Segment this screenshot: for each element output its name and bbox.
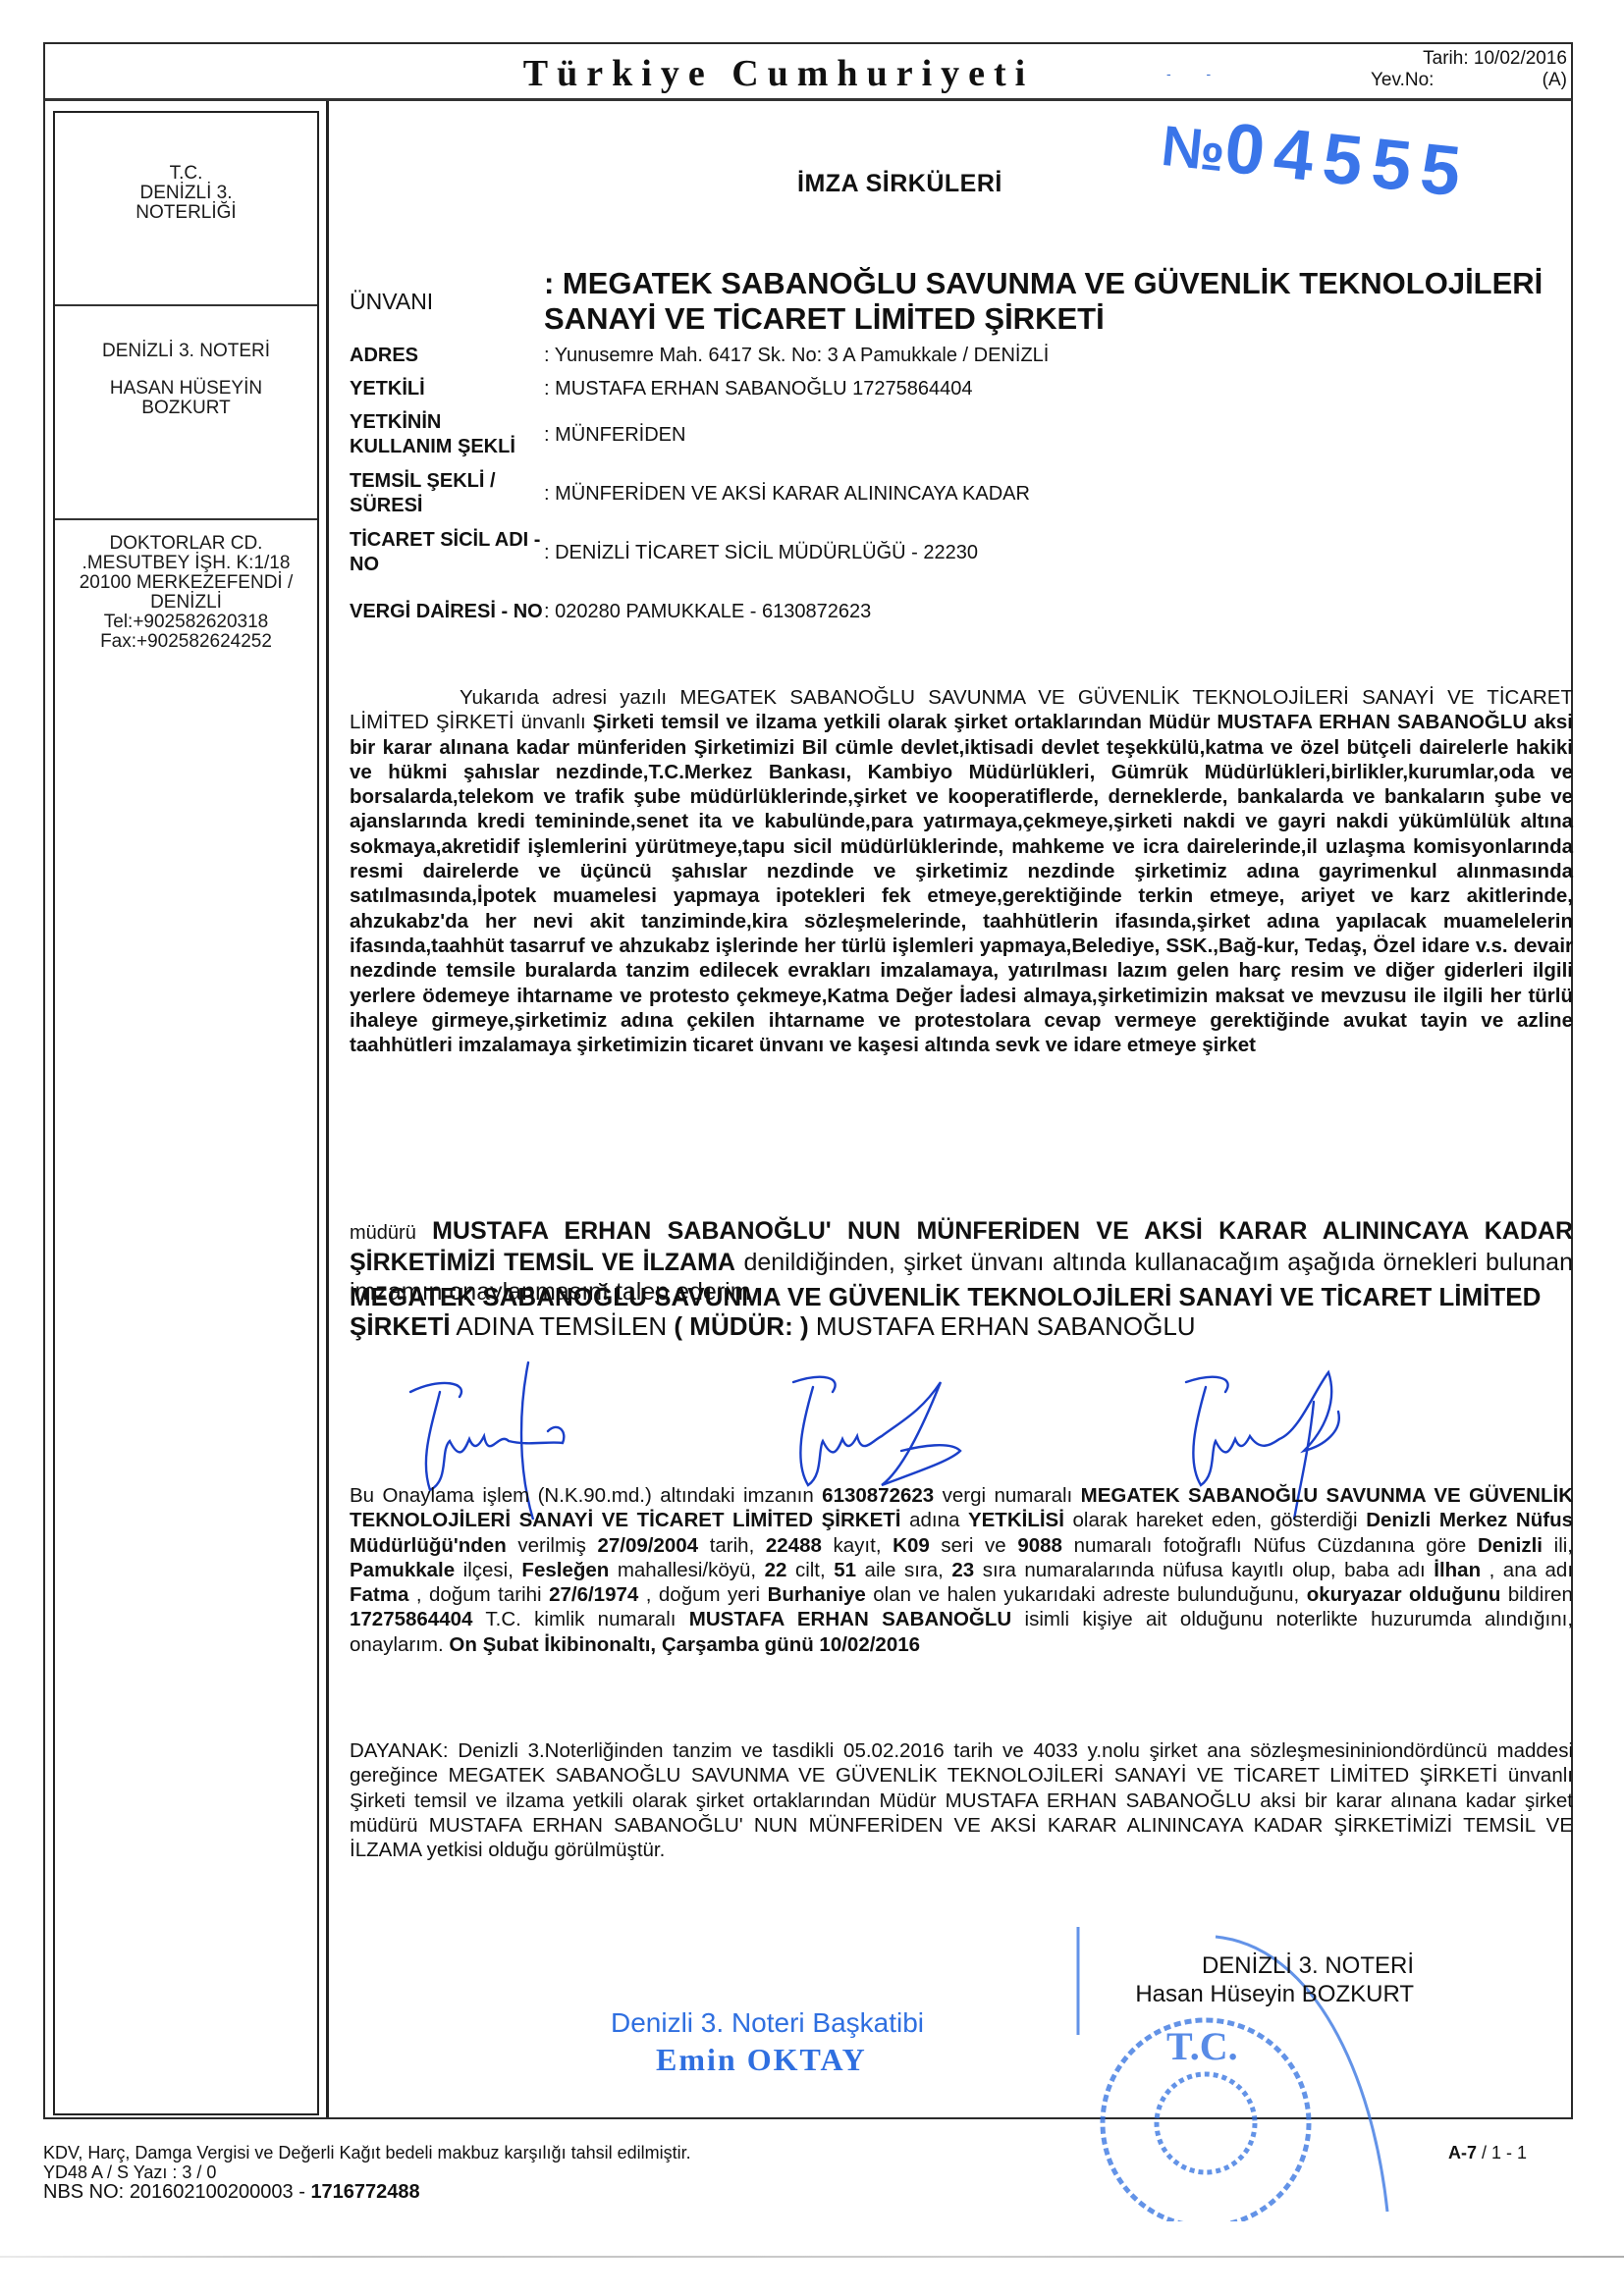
info-label: TİCARET SİCİL ADI - NO (350, 528, 544, 577)
bottom-rule (0, 2256, 1624, 2258)
page-index: / 1 - 1 (1482, 2143, 1527, 2163)
date-label: Tarih: (1423, 48, 1468, 70)
tax-number: 6130872623 (822, 1484, 934, 1507)
seal-text-title: Denizli 3. Noteri Başkatibi (611, 2007, 924, 2039)
notary-person: DENİZLİ 3. NOTERİ HASAN HÜSEYİN BOZKURT (55, 306, 317, 520)
info-row-tax: VERGİ DAİRESİ - NO : 020280 PAMUKKALE - … (350, 582, 1547, 641)
document-title: İMZA SİRKÜLERİ (797, 170, 1002, 198)
text: sıra numaralarında nüfusa kayıtlı olup, … (983, 1559, 1426, 1581)
issue-date: 27/09/2004 (597, 1534, 698, 1557)
page-number: A-7 / 1 - 1 (1448, 2143, 1527, 2163)
tc-number: 17275864404 (350, 1608, 472, 1630)
notary-title: DENİZLİ 3. NOTERİ (55, 342, 317, 361)
notary-office: T.C. DENİZLİ 3. NOTERLİĞİ (55, 113, 317, 306)
role: YETKİLİSİ (968, 1509, 1064, 1531)
birth-date: 27/6/1974 (549, 1583, 638, 1606)
address-line: DENİZLİ (55, 593, 317, 613)
text: , ana adı (1489, 1559, 1573, 1581)
literacy: okuryazar olduğunu (1307, 1583, 1501, 1606)
company-signatory: MEGATEK SABANOĞLU SAVUNMA VE GÜVENLİK TE… (350, 1282, 1573, 1341)
text: , doğum tarihi (416, 1583, 542, 1606)
office-line: DENİZLİ 3. (55, 184, 317, 203)
birth-place: Burhaniye (768, 1583, 866, 1606)
approval-paragraph: Bu Onaylama işlem (N.K.90.md.) altındaki… (350, 1483, 1573, 1657)
notary-info-box: T.C. DENİZLİ 3. NOTERLİĞİ DENİZLİ 3. NOT… (53, 111, 319, 2115)
fax-line: Fax:+902582624252 (55, 632, 317, 652)
volume: 22 (765, 1559, 787, 1581)
approval-date: On Şubat İkibinonaltı, Çarşamba günü 10/… (449, 1633, 920, 1656)
text: cilt, (795, 1559, 826, 1581)
neighborhood: Fesleğen (521, 1559, 609, 1581)
left-column: T.C. DENİZLİ 3. NOTERLİĞİ DENİZLİ 3. NOT… (45, 101, 329, 2117)
text: , doğum yeri (646, 1583, 760, 1606)
info-value: : Yunusemre Mah. 6417 Sk. No: 3 A Pamukk… (544, 345, 1547, 367)
text: Bu Onaylama işlem (N.K.90.md.) altındaki… (350, 1484, 814, 1507)
text: olan ve halen yukarıdaki adreste bulundu… (873, 1583, 1299, 1606)
info-row-authorized: YETKİLİ : MUSTAFA ERHAN SABANOĞLU 172758… (350, 372, 1547, 405)
info-label: YETKİNİN KULLANIM ŞEKLİ (350, 410, 544, 459)
info-row-usage: YETKİNİN KULLANIM ŞEKLİ : MÜNFERİDEN (350, 405, 1547, 464)
family-number: 51 (834, 1559, 856, 1581)
info-row-title: ÜNVANI : MEGATEK SABANOĞLU SAVUNMA VE GÜ… (350, 264, 1547, 339)
info-value: : MÜNFERİDEN (544, 424, 1547, 447)
text: bildiren (1508, 1583, 1573, 1606)
district: Pamukkale (350, 1559, 455, 1581)
notary-name-line: BOZKURT (55, 399, 317, 418)
info-label: ADRES (350, 344, 544, 368)
page-code: A-7 (1448, 2143, 1477, 2163)
text: adına (909, 1509, 959, 1531)
yev-label: Yev.No: (1371, 70, 1434, 91)
authorization-text: Şirketi temsil ve ilzama yetkili olarak … (350, 711, 1573, 1056)
text: verilmiş (517, 1534, 585, 1557)
header-meta: Tarih: 10/02/2016 Yev.No: (A) (1371, 48, 1567, 91)
yd-code: YD48 A / S Yazı : 3 / 0 (43, 2163, 691, 2182)
text: tarih, (710, 1534, 755, 1557)
info-row-representation: TEMSİL ŞEKLİ / SÜRESİ : MÜNFERİDEN VE AK… (350, 464, 1547, 523)
header-title: Türkiye Cumhuriyeti (45, 52, 1571, 95)
basis-paragraph: DAYANAK: Denizli 3.Noterliğinden tanzim … (350, 1738, 1573, 1862)
mother-name: Fatma (350, 1583, 408, 1606)
document-body: T.C. DENİZLİ 3. NOTERLİĞİ DENİZLİ 3. NOT… (43, 101, 1573, 2119)
svg-text:T.C.: T.C. (1166, 2024, 1238, 2068)
role-text: ( MÜDÜR: ) (674, 1311, 808, 1341)
authorization-paragraph: Yukarıda adresi yazılı MEGATEK SABANOĞLU… (350, 685, 1573, 1057)
office-line: T.C. (55, 164, 317, 184)
info-row-address: ADRES : Yunusemre Mah. 6417 Sk. No: 3 A … (350, 339, 1547, 372)
yev-value: (A) (1543, 70, 1567, 91)
date-row: Tarih: 10/02/2016 (1371, 48, 1567, 70)
numero-sign-icon: № (1159, 114, 1228, 184)
nbs-label: NBS NO: (43, 2181, 124, 2203)
text: T.C. kimlik numaralı (485, 1608, 676, 1630)
seal-text-name: Emin OKTAY (656, 2042, 867, 2078)
nbs-value: 201602100200003 - (130, 2181, 305, 2203)
info-value: : MEGATEK SABANOĞLU SAVUNMA VE GÜVENLİK … (544, 266, 1547, 337)
info-value: : 020280 PAMUKKALE - 6130872623 (544, 601, 1547, 623)
text: numaralı fotoğraflı Nüfus Cüzdanına göre (1074, 1534, 1467, 1557)
main-content: İMZA SİRKÜLERİ №04555 ÜNVANI : MEGATEK S… (332, 101, 1571, 2117)
address-line: .MESUTBEY İŞH. K:1/18 (55, 554, 317, 573)
info-row-registry: TİCARET SİCİL ADI - NO : DENİZLİ TİCARET… (350, 523, 1547, 582)
date-value: 10/02/2016 (1474, 48, 1567, 70)
serial-stamp: №04555 (1158, 101, 1474, 213)
notary-address: DOKTORLAR CD. .MESUTBEY İŞH. K:1/18 2010… (55, 520, 317, 697)
series: K09 (893, 1534, 930, 1557)
on-behalf-text: ADINA TEMSİLEN (456, 1311, 667, 1341)
nbs-number: NBS NO: 201602100200003 - 1716772488 (43, 2182, 691, 2202)
phone-line: Tel:+902582620318 (55, 613, 317, 632)
serial-number: 04555 (1221, 109, 1474, 213)
info-label: YETKİLİ (350, 377, 544, 401)
info-value: : MUSTAFA ERHAN SABANOĞLU 17275864404 (544, 378, 1547, 400)
nbs-value-bold: 1716772488 (310, 2181, 419, 2203)
notary-signature-block: DENİZLİ 3. NOTERİ Hasan Hüseyin BOZKURT (1080, 1951, 1414, 2008)
text: ili, (1554, 1534, 1573, 1557)
signatory-name: MUSTAFA ERHAN SABANOĞLU (816, 1311, 1196, 1341)
text: vergi numaralı (943, 1484, 1073, 1507)
text: aile sıra, (865, 1559, 944, 1581)
person-name: MUSTAFA ERHAN SABANOĞLU (689, 1608, 1011, 1630)
record-number: 22488 (766, 1534, 822, 1557)
footer: KDV, Harç, Damga Vergisi ve Değerli Kağı… (43, 2143, 691, 2202)
office-line: NOTERLİĞİ (55, 203, 317, 223)
yev-row: Yev.No: (A) (1371, 70, 1567, 91)
province: Denizli (1478, 1534, 1543, 1557)
company-info-table: ÜNVANI : MEGATEK SABANOĞLU SAVUNMA VE GÜ… (350, 264, 1547, 641)
sequence-number: 23 (951, 1559, 974, 1581)
address-line: DOKTORLAR CD. (55, 534, 317, 554)
fee-note: KDV, Harç, Damga Vergisi ve Değerli Kağı… (43, 2143, 691, 2163)
info-label: TEMSİL ŞEKLİ / SÜRESİ (350, 469, 544, 518)
notary-name-line: HASAN HÜSEYİN (55, 379, 317, 399)
father-name: İlhan (1434, 1559, 1481, 1581)
info-label: ÜNVANI (350, 290, 544, 314)
notary-name: Hasan Hüseyin BOZKURT (1080, 1980, 1414, 2008)
mudur-text: müdürü (350, 1222, 416, 1244)
info-value: : DENİZLİ TİCARET SİCİL MÜDÜRLÜĞÜ - 2223… (544, 542, 1547, 564)
text: ilçesi, (463, 1559, 514, 1581)
text: olarak hareket eden, gösterdiği (1073, 1509, 1358, 1531)
address-line: 20100 MERKEZEFENDİ / (55, 573, 317, 593)
info-value: : MÜNFERİDEN VE AKSİ KARAR ALININCAYA KA… (544, 483, 1547, 506)
info-label: VERGİ DAİRESİ - NO (350, 600, 544, 624)
header-band: Türkiye Cumhuriyeti - - Tarih: 10/02/201… (43, 42, 1573, 101)
text: mahallesi/köyü, (618, 1559, 756, 1581)
text: kayıt, (834, 1534, 882, 1557)
card-number: 9088 (1017, 1534, 1062, 1557)
header-marks: - - (1166, 66, 1226, 81)
text: seri ve (941, 1534, 1005, 1557)
notary-title: DENİZLİ 3. NOTERİ (1080, 1951, 1414, 1980)
